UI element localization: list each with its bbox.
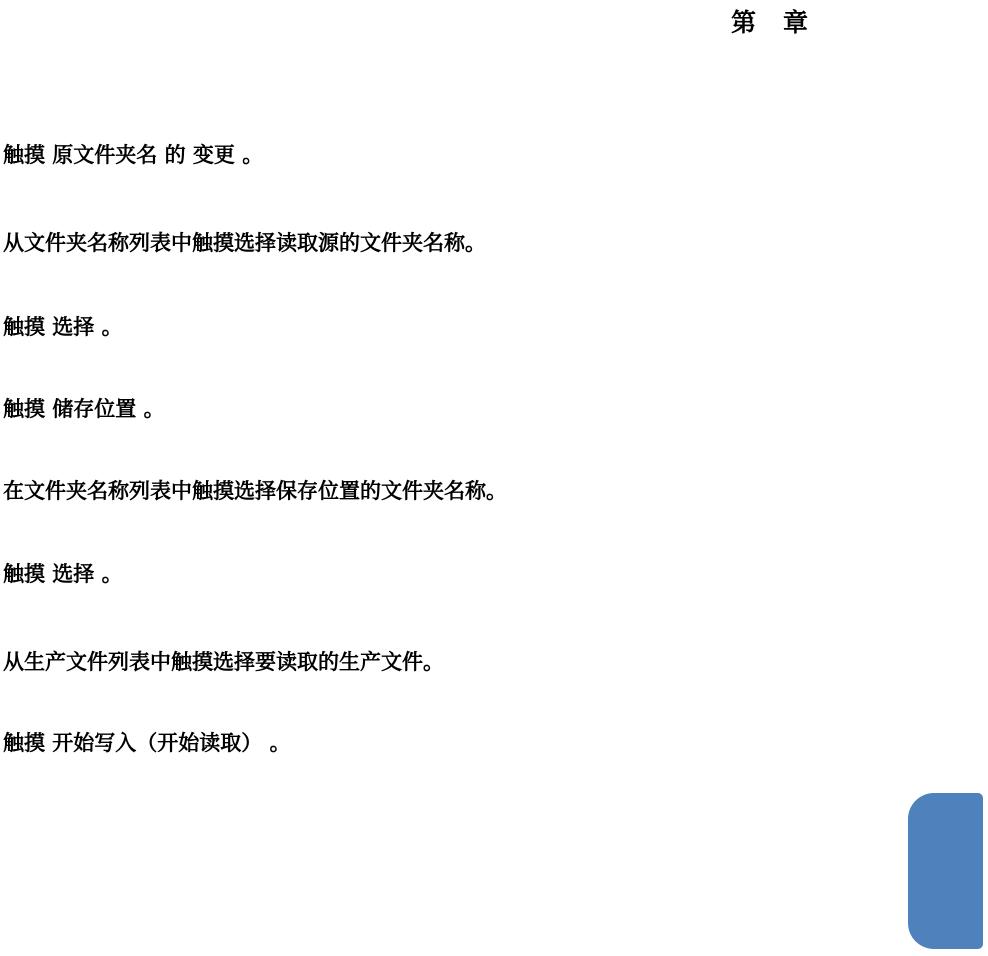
chapter-heading: 第 章 — [731, 3, 809, 39]
step-text: 触摸 储存位置 。 — [3, 393, 165, 423]
step-text: 触摸 原文件夹名 的 变更 。 — [3, 139, 263, 169]
step-text: 从生产文件列表中触摸选择要读取的生产文件。 — [3, 646, 444, 676]
chapter-side-tab — [908, 793, 983, 949]
document-page: 第 章 触摸 原文件夹名 的 变更 。 从文件夹名称列表中触摸选择读取源的文件夹… — [0, 0, 988, 956]
step-text: 从文件夹名称列表中触摸选择读取源的文件夹名称。 — [3, 227, 486, 257]
step-text: 触摸 开始写入（开始读取） 。 — [3, 727, 291, 757]
step-text: 触摸 选择 。 — [3, 558, 123, 588]
step-text: 在文件夹名称列表中触摸选择保存位置的文件夹名称。 — [3, 475, 507, 505]
step-text: 触摸 选择 。 — [3, 311, 123, 341]
